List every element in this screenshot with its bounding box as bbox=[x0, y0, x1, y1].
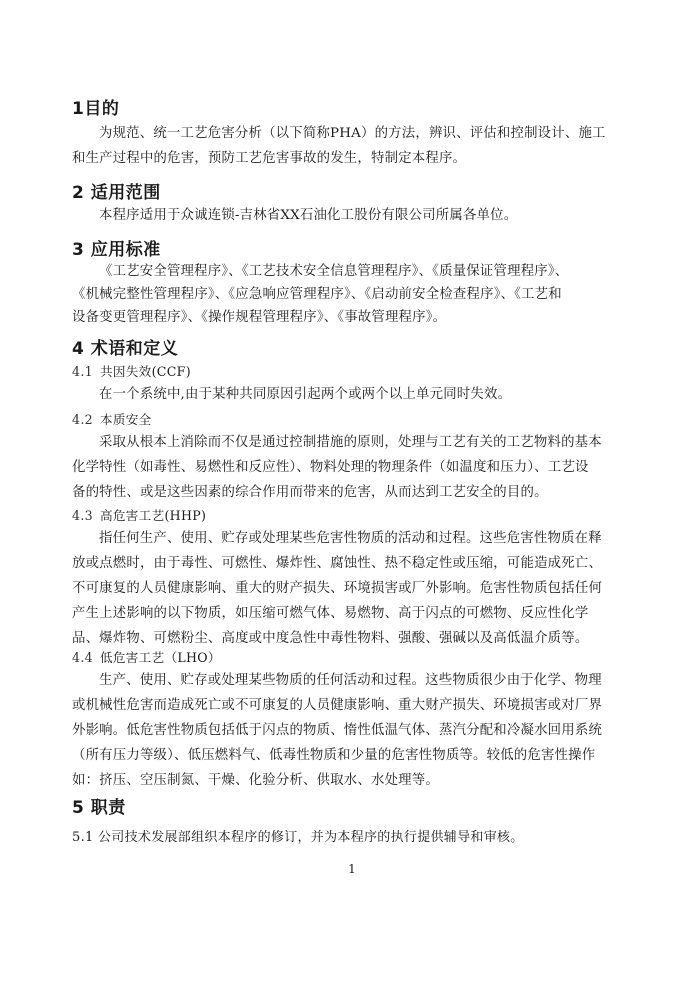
section-heading-responsibilities: 5 职责 bbox=[72, 797, 126, 819]
section-paragraph-standards: 《工艺安全管理程序》、《工艺技术安全信息管理程序》、《质量保证管理程序》、 《机… bbox=[72, 260, 632, 329]
subsection-paragraph-lho: 生产、使用、贮存或处理某些物质的任何活动和过程。这些物质很少由于化学、物理 或机… bbox=[72, 668, 632, 793]
section-heading-standards: 3 应用标准 bbox=[72, 239, 161, 261]
page-number: 1 bbox=[72, 862, 632, 876]
section-paragraph-purpose: 为规范、统一工艺危害分析（以下简称PHA）的方法，辨识、评估和控制设计、施工 和… bbox=[72, 121, 632, 171]
subsection-title-ccf: 4.1共因失效(CCF) bbox=[72, 362, 191, 382]
responsibility-item: 5.1 公司技术发展部组织本程序的修订，并为本程序的执行提供辅导和审核。 bbox=[72, 828, 524, 848]
section-paragraph-scope: 本程序适用于众诚连锁-吉林省XX石油化工股份有限公司所属各单位。 bbox=[72, 203, 632, 228]
section-heading-scope: 2 适用范围 bbox=[72, 182, 161, 204]
subsection-paragraph-hhp: 指任何生产、使用、贮存或处理某些危害性物质的活动和过程。这些危害性物质在释 放或… bbox=[72, 526, 632, 651]
subsection-title-inherent-safety: 4.2本质安全 bbox=[72, 410, 152, 430]
section-heading-terms: 4 术语和定义 bbox=[72, 338, 178, 360]
subsection-paragraph-inherent-safety: 采取从根本上消除而不仅是通过控制措施的原则，处理与工艺有关的工艺物料的基本 化学… bbox=[72, 430, 632, 505]
subsection-title-lho: 4.4低危害工艺（LHO） bbox=[72, 648, 221, 668]
section-heading-purpose: 1目的 bbox=[72, 98, 119, 120]
subsection-paragraph-ccf: 在一个系统中,由于某种共同原因引起两个或两个以上单元同时失效。 bbox=[72, 382, 632, 407]
subsection-title-hhp: 4.3高危害工艺(HHP) bbox=[72, 506, 206, 526]
